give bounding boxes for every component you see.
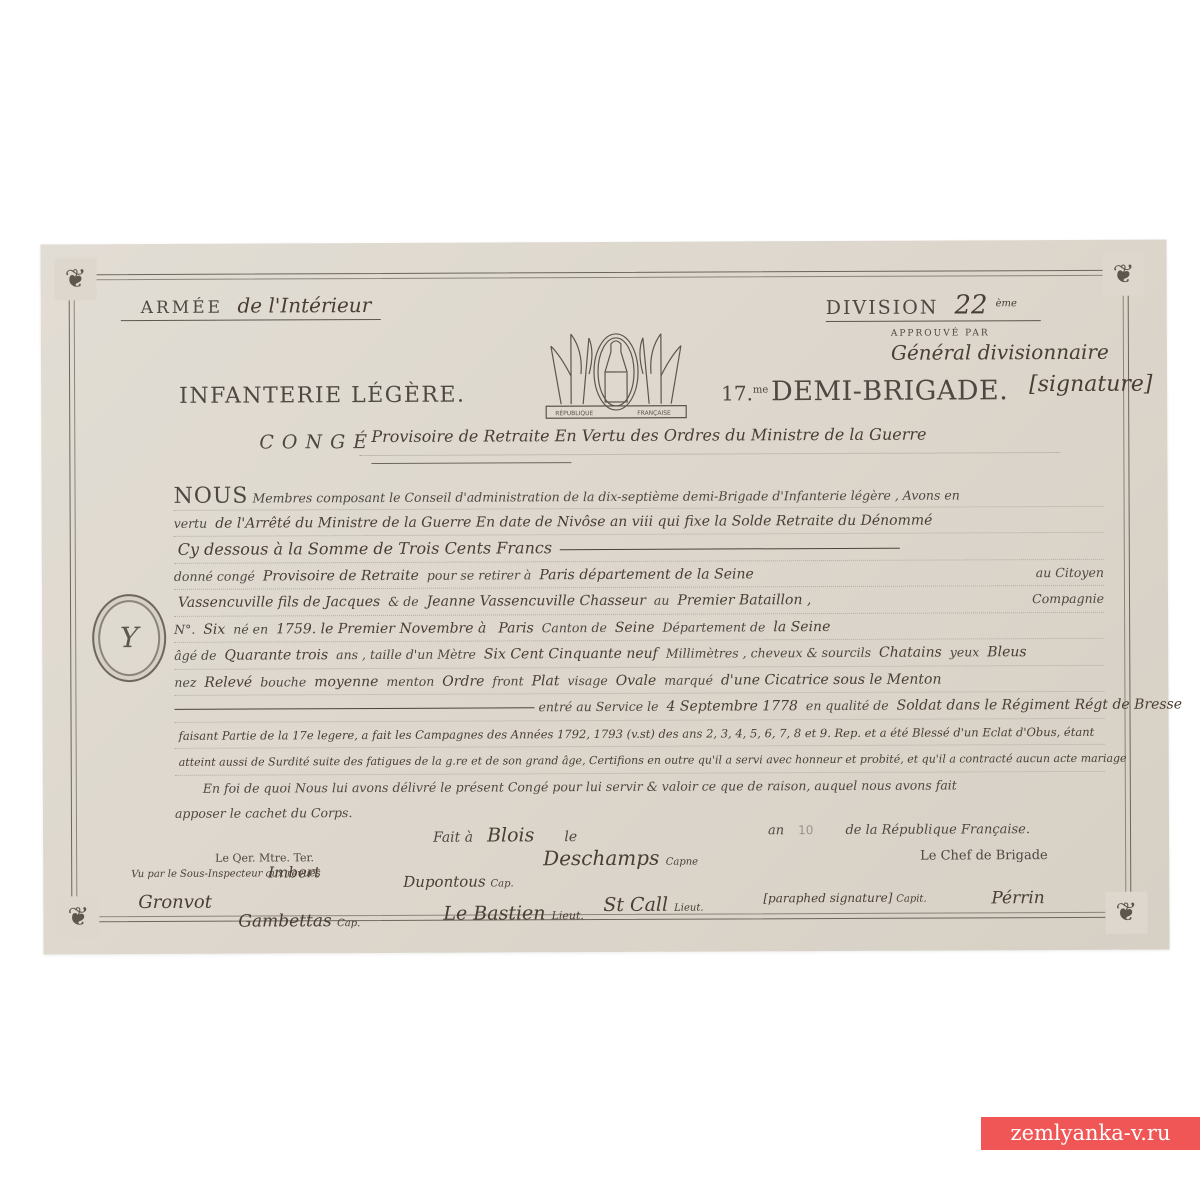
division-label: DIVISION [826,297,939,319]
body-line: donné congé Provisoire de Retraite pour … [174,559,1104,590]
wax-seal-stamp-icon: Y [92,594,166,682]
signature: Gronvot [138,892,212,913]
signature: Dupontous Cap. [403,872,513,890]
discharge-certificate-document: ❦ ❦ ❦ ❦ ARMÉE de l'Intérieur DIVISION 22… [40,240,1169,955]
body-line: atteint aussi de Surdité suite des fatig… [175,745,1105,776]
army-value: de l'Intérieur [237,293,371,318]
body-line: faisant Partie de la 17e legere, a fait … [175,718,1105,749]
ornament-corner-icon: ❦ [57,896,99,938]
marianne-trophy-emblem-icon: RÉPUBLIQUE FRANÇAISE [541,324,691,423]
army-label: ARMÉE [141,298,223,318]
approved-by-value: Général divisionnaire [891,340,1109,365]
division-suffix: ème [996,298,1017,309]
signature: Le Bastien Lieut. [443,902,584,925]
place-of-issue: Fait àBloisle [433,824,577,847]
body-line: nez Relevé bouche moyenne menton Ordre f… [174,665,1104,696]
signature: Imbert [268,863,320,881]
body-line: NOUS Membres composant le Conseil d'admi… [174,480,1104,511]
signature: [paraphed signature] Capit. [763,891,926,906]
signature: Pérrin [991,888,1044,908]
signature: Gambettas Cap. [238,911,360,932]
body-line: entré au Service le 4 Septembre 1778 en … [174,692,1104,723]
general-signature: [signature] [1029,372,1153,398]
conge-handwritten-text: Provisoire de Retraite En Vertu des Ordr… [371,425,926,446]
signature: Deschamps Capne [543,846,698,871]
division-value: 22 [954,290,987,320]
brigade-title: DEMI-BRIGADE. [771,375,1008,407]
division-field: DIVISION 22ème [826,290,1017,321]
body-line: Vassencuville fils de Jacques & de Jeann… [174,586,1104,617]
signature: St Call Lieut. [603,894,703,916]
svg-text:FRANÇAISE: FRANÇAISE [637,410,671,417]
army-field: ARMÉE de l'Intérieur [141,293,372,318]
republic-year: an10de la République Française. [768,822,1030,838]
body-line: N°. Six né en 1759. le Premier Novembre … [174,612,1104,643]
body-line: Cy dessous à la Somme de Trois Cents Fra… [174,533,1104,564]
body-line: âgé de Quarante trois ans , taille d'un … [174,639,1104,670]
ornament-corner-icon: ❦ [55,258,97,300]
approved-by-label: APPROUVÉ PAR [891,328,990,338]
conge-label: CONGÉ [259,431,375,454]
certificate-body: NOUS Membres composant le Conseil d'admi… [174,480,1105,827]
ornament-corner-icon: ❦ [1105,892,1147,934]
body-line: vertu de l'Arrêté du Ministre de la Guer… [174,506,1104,537]
ornament-corner-icon: ❦ [1103,254,1145,296]
brigade-chief-label: Le Chef de Brigade [920,848,1048,864]
site-watermark: zemlyanka-v.ru [981,1117,1200,1150]
brigade-number: 17.me [721,381,768,405]
svg-text:RÉPUBLIQUE: RÉPUBLIQUE [555,409,593,417]
unit-type-title: INFANTERIE LÉGÈRE. [179,383,466,409]
